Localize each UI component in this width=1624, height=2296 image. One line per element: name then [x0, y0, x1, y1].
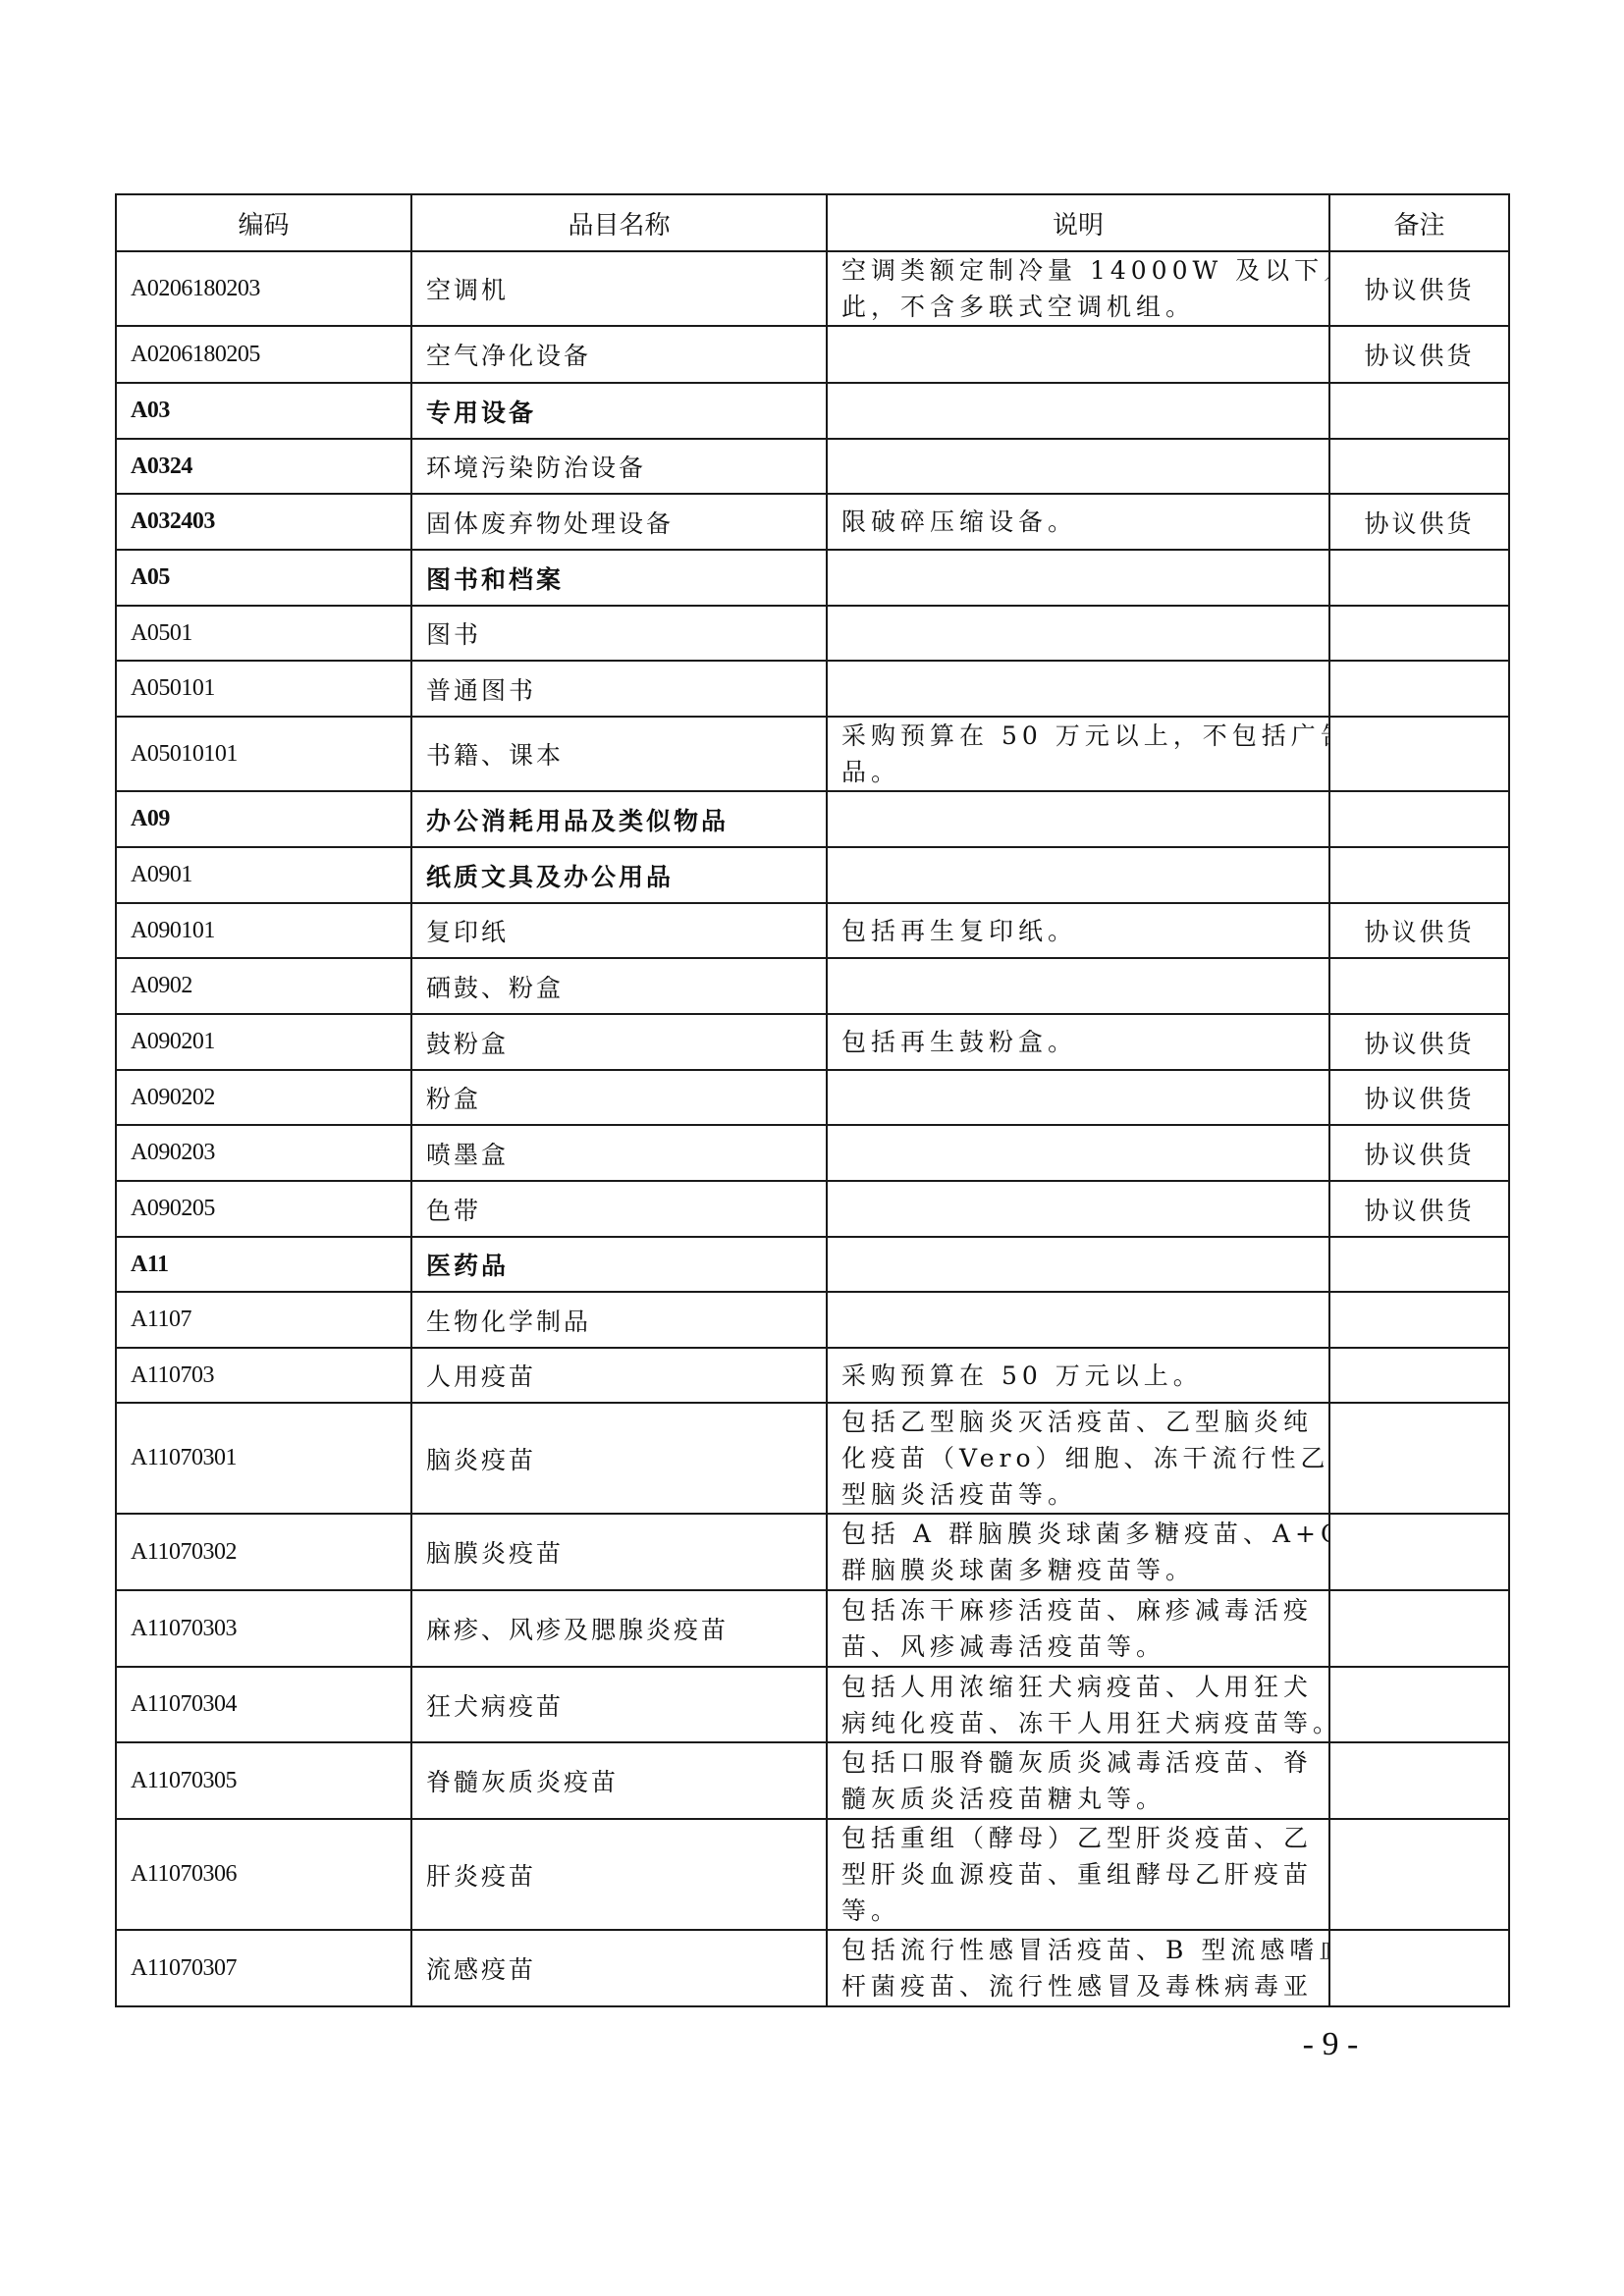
cell-description: [827, 1070, 1329, 1125]
procurement-catalog-table: 编码 品目名称 说明 备注 A0206180203空调机空调类额定制冷量 140…: [115, 193, 1510, 2007]
table-row: A090205色带协议供货: [116, 1181, 1509, 1237]
description-line: 包括 A 群脑膜炎球菌多糖疫苗、A+C: [841, 1516, 1315, 1552]
cell-remarks: 协议供货: [1329, 903, 1509, 958]
cell-code: A0902: [116, 958, 411, 1014]
cell-remarks: 协议供货: [1329, 494, 1509, 550]
table-row: A032403固体废弃物处理设备限破碎压缩设备。协议供货: [116, 494, 1509, 550]
cell-code: A11070304: [116, 1667, 411, 1742]
header-item-name: 品目名称: [411, 194, 827, 251]
table-row: A11070303麻疹、风疹及腮腺炎疫苗包括冻干麻疹活疫苗、麻疹减毒活疫苗、风疹…: [116, 1590, 1509, 1667]
cell-description: 空调类额定制冷量 14000W 及以下入此，不含多联式空调机组。: [827, 251, 1329, 326]
table-row: A1107生物化学制品: [116, 1292, 1509, 1348]
cell-remarks: [1329, 550, 1509, 606]
cell-item-name: 普通图书: [411, 661, 827, 717]
cell-code: A11070306: [116, 1819, 411, 1930]
cell-remarks: 协议供货: [1329, 326, 1509, 383]
cell-item-name: 脑炎疫苗: [411, 1403, 827, 1514]
cell-remarks: [1329, 1348, 1509, 1403]
cell-code: A0901: [116, 847, 411, 903]
cell-description: [827, 958, 1329, 1014]
cell-description: 包括乙型脑炎灭活疫苗、乙型脑炎纯化疫苗（Vero）细胞、冻干流行性乙型脑炎活疫苗…: [827, 1403, 1329, 1514]
cell-remarks: [1329, 383, 1509, 439]
cell-description: [827, 439, 1329, 494]
cell-code: A0206180203: [116, 251, 411, 326]
cell-description: [827, 847, 1329, 903]
table-body: A0206180203空调机空调类额定制冷量 14000W 及以下入此，不含多联…: [116, 251, 1509, 2006]
cell-remarks: [1329, 717, 1509, 791]
cell-description: [827, 1125, 1329, 1181]
description-line: 苗、风疹减毒活疫苗等。: [841, 1629, 1315, 1665]
cell-description: [827, 326, 1329, 383]
cell-item-name: 肝炎疫苗: [411, 1819, 827, 1930]
table-row: A0901纸质文具及办公用品: [116, 847, 1509, 903]
cell-item-name: 狂犬病疫苗: [411, 1667, 827, 1742]
description-line: 型肝炎血源疫苗、重组酵母乙肝疫苗: [841, 1856, 1315, 1893]
cell-description: 包括人用浓缩狂犬病疫苗、人用狂犬病纯化疫苗、冻干人用狂犬病疫苗等。: [827, 1667, 1329, 1742]
cell-description: 包括冻干麻疹活疫苗、麻疹减毒活疫苗、风疹减毒活疫苗等。: [827, 1590, 1329, 1667]
cell-item-name: 脑膜炎疫苗: [411, 1514, 827, 1590]
table-row: A0206180205空气净化设备协议供货: [116, 326, 1509, 383]
description-line: 采购预算在 50 万元以上。: [841, 1358, 1315, 1394]
cell-code: A11: [116, 1237, 411, 1292]
table-row: A05图书和档案: [116, 550, 1509, 606]
cell-code: A11070307: [116, 1930, 411, 2006]
table-row: A090203喷墨盒协议供货: [116, 1125, 1509, 1181]
cell-remarks: [1329, 1237, 1509, 1292]
cell-item-name: 办公消耗用品及类似物品: [411, 791, 827, 847]
cell-item-name: 医药品: [411, 1237, 827, 1292]
cell-item-name: 空气净化设备: [411, 326, 827, 383]
table-row: A11医药品: [116, 1237, 1509, 1292]
table-row: A090202粉盒协议供货: [116, 1070, 1509, 1125]
table-row: A11070305脊髓灰质炎疫苗包括口服脊髓灰质炎减毒活疫苗、脊髓灰质炎活疫苗糖…: [116, 1742, 1509, 1819]
cell-code: A090205: [116, 1181, 411, 1237]
cell-remarks: [1329, 1742, 1509, 1819]
table-row: A050101普通图书: [116, 661, 1509, 717]
cell-item-name: 书籍、课本: [411, 717, 827, 791]
cell-code: A11070303: [116, 1590, 411, 1667]
description-line: 髓灰质炎活疫苗糖丸等。: [841, 1781, 1315, 1817]
cell-item-name: 图书: [411, 606, 827, 661]
table-row: A0206180203空调机空调类额定制冷量 14000W 及以下入此，不含多联…: [116, 251, 1509, 326]
table-row: A11070307流感疫苗包括流行性感冒活疫苗、B 型流感嗜血杆菌疫苗、流行性感…: [116, 1930, 1509, 2006]
cell-code: A11070302: [116, 1514, 411, 1590]
cell-remarks: [1329, 661, 1509, 717]
cell-code: A0324: [116, 439, 411, 494]
cell-description: 包括重组（酵母）乙型肝炎疫苗、乙型肝炎血源疫苗、重组酵母乙肝疫苗等。: [827, 1819, 1329, 1930]
cell-item-name: 粉盒: [411, 1070, 827, 1125]
table-row: A11070302脑膜炎疫苗包括 A 群脑膜炎球菌多糖疫苗、A+C群脑膜炎球菌多…: [116, 1514, 1509, 1590]
cell-code: A03: [116, 383, 411, 439]
table-row: A110703人用疫苗采购预算在 50 万元以上。: [116, 1348, 1509, 1403]
table-header-row: 编码 品目名称 说明 备注: [116, 194, 1509, 251]
description-line: 限破碎压缩设备。: [841, 504, 1315, 540]
cell-code: A110703: [116, 1348, 411, 1403]
description-line: 包括再生鼓粉盒。: [841, 1024, 1315, 1060]
description-line: 包括人用浓缩狂犬病疫苗、人用狂犬: [841, 1669, 1315, 1705]
header-code: 编码: [116, 194, 411, 251]
cell-remarks: [1329, 1590, 1509, 1667]
cell-code: A05: [116, 550, 411, 606]
cell-description: 包括再生复印纸。: [827, 903, 1329, 958]
cell-item-name: 脊髓灰质炎疫苗: [411, 1742, 827, 1819]
cell-code: A090203: [116, 1125, 411, 1181]
cell-item-name: 鼓粉盒: [411, 1014, 827, 1070]
cell-description: [827, 661, 1329, 717]
cell-description: [827, 791, 1329, 847]
cell-code: A09: [116, 791, 411, 847]
cell-description: [827, 1237, 1329, 1292]
cell-item-name: 固体废弃物处理设备: [411, 494, 827, 550]
table-row: A090201鼓粉盒包括再生鼓粉盒。协议供货: [116, 1014, 1509, 1070]
description-line: 化疫苗（Vero）细胞、冻干流行性乙: [841, 1440, 1315, 1476]
cell-description: 采购预算在 50 万元以上。: [827, 1348, 1329, 1403]
cell-item-name: 纸质文具及办公用品: [411, 847, 827, 903]
cell-remarks: [1329, 1514, 1509, 1590]
cell-code: A11070305: [116, 1742, 411, 1819]
cell-description: [827, 1181, 1329, 1237]
cell-remarks: [1329, 791, 1509, 847]
cell-remarks: 协议供货: [1329, 1014, 1509, 1070]
description-line: 包括再生复印纸。: [841, 913, 1315, 949]
cell-description: 限破碎压缩设备。: [827, 494, 1329, 550]
cell-code: A090202: [116, 1070, 411, 1125]
description-line: 空调类额定制冷量 14000W 及以下入: [841, 252, 1315, 289]
cell-remarks: [1329, 439, 1509, 494]
cell-remarks: [1329, 1667, 1509, 1742]
cell-item-name: 复印纸: [411, 903, 827, 958]
cell-item-name: 专用设备: [411, 383, 827, 439]
cell-item-name: 空调机: [411, 251, 827, 326]
cell-remarks: [1329, 958, 1509, 1014]
description-line: 病纯化疫苗、冻干人用狂犬病疫苗等。: [841, 1705, 1315, 1741]
table-row: A11070301脑炎疫苗包括乙型脑炎灭活疫苗、乙型脑炎纯化疫苗（Vero）细胞…: [116, 1403, 1509, 1514]
cell-description: 采购预算在 50 万元以上，不包括广告品。: [827, 717, 1329, 791]
cell-remarks: [1329, 606, 1509, 661]
description-line: 型脑炎活疫苗等。: [841, 1476, 1315, 1513]
description-line: 品。: [841, 754, 1315, 790]
page-number: - 9 -: [1286, 2026, 1375, 2063]
cell-description: [827, 550, 1329, 606]
table-row: A0501图书: [116, 606, 1509, 661]
cell-item-name: 环境污染防治设备: [411, 439, 827, 494]
cell-remarks: [1329, 1292, 1509, 1348]
description-line: 包括乙型脑炎灭活疫苗、乙型脑炎纯: [841, 1404, 1315, 1440]
cell-remarks: [1329, 1930, 1509, 2006]
description-line: 此，不含多联式空调机组。: [841, 289, 1315, 325]
cell-item-name: 硒鼓、粉盒: [411, 958, 827, 1014]
cell-item-name: 喷墨盒: [411, 1125, 827, 1181]
table-row: A090101复印纸包括再生复印纸。协议供货: [116, 903, 1509, 958]
description-line: 包括冻干麻疹活疫苗、麻疹减毒活疫: [841, 1592, 1315, 1629]
description-line: 包括重组（酵母）乙型肝炎疫苗、乙: [841, 1820, 1315, 1856]
cell-remarks: [1329, 847, 1509, 903]
table-row: A09办公消耗用品及类似物品: [116, 791, 1509, 847]
cell-code: A050101: [116, 661, 411, 717]
cell-code: A1107: [116, 1292, 411, 1348]
cell-description: 包括流行性感冒活疫苗、B 型流感嗜血杆菌疫苗、流行性感冒及毒株病毒亚: [827, 1930, 1329, 2006]
table-row: A05010101书籍、课本采购预算在 50 万元以上，不包括广告品。: [116, 717, 1509, 791]
description-line: 包括口服脊髓灰质炎减毒活疫苗、脊: [841, 1744, 1315, 1781]
header-description: 说明: [827, 194, 1329, 251]
cell-code: A11070301: [116, 1403, 411, 1514]
cell-item-name: 色带: [411, 1181, 827, 1237]
cell-item-name: 流感疫苗: [411, 1930, 827, 2006]
cell-remarks: [1329, 1403, 1509, 1514]
description-line: 包括流行性感冒活疫苗、B 型流感嗜血: [841, 1932, 1315, 1968]
table-row: A11070306肝炎疫苗包括重组（酵母）乙型肝炎疫苗、乙型肝炎血源疫苗、重组酵…: [116, 1819, 1509, 1930]
cell-code: A090101: [116, 903, 411, 958]
cell-description: 包括再生鼓粉盒。: [827, 1014, 1329, 1070]
cell-code: A090201: [116, 1014, 411, 1070]
table-row: A0324环境污染防治设备: [116, 439, 1509, 494]
cell-remarks: 协议供货: [1329, 1181, 1509, 1237]
table-row: A11070304狂犬病疫苗包括人用浓缩狂犬病疫苗、人用狂犬病纯化疫苗、冻干人用…: [116, 1667, 1509, 1742]
cell-item-name: 生物化学制品: [411, 1292, 827, 1348]
cell-code: A032403: [116, 494, 411, 550]
cell-description: [827, 383, 1329, 439]
cell-item-name: 人用疫苗: [411, 1348, 827, 1403]
cell-remarks: 协议供货: [1329, 1125, 1509, 1181]
table-row: A03专用设备: [116, 383, 1509, 439]
cell-remarks: 协议供货: [1329, 1070, 1509, 1125]
description-line: 杆菌疫苗、流行性感冒及毒株病毒亚: [841, 1968, 1315, 2004]
document-page: 编码 品目名称 说明 备注 A0206180203空调机空调类额定制冷量 140…: [0, 0, 1624, 2296]
cell-remarks: 协议供货: [1329, 251, 1509, 326]
cell-item-name: 麻疹、风疹及腮腺炎疫苗: [411, 1590, 827, 1667]
cell-description: [827, 606, 1329, 661]
description-line: 等。: [841, 1893, 1315, 1929]
header-remarks: 备注: [1329, 194, 1509, 251]
cell-description: 包括口服脊髓灰质炎减毒活疫苗、脊髓灰质炎活疫苗糖丸等。: [827, 1742, 1329, 1819]
cell-description: 包括 A 群脑膜炎球菌多糖疫苗、A+C群脑膜炎球菌多糖疫苗等。: [827, 1514, 1329, 1590]
cell-remarks: [1329, 1819, 1509, 1930]
cell-item-name: 图书和档案: [411, 550, 827, 606]
cell-code: A0206180205: [116, 326, 411, 383]
cell-code: A0501: [116, 606, 411, 661]
cell-code: A05010101: [116, 717, 411, 791]
table-row: A0902硒鼓、粉盒: [116, 958, 1509, 1014]
description-line: 采购预算在 50 万元以上，不包括广告: [841, 718, 1315, 754]
cell-description: [827, 1292, 1329, 1348]
description-line: 群脑膜炎球菌多糖疫苗等。: [841, 1552, 1315, 1588]
